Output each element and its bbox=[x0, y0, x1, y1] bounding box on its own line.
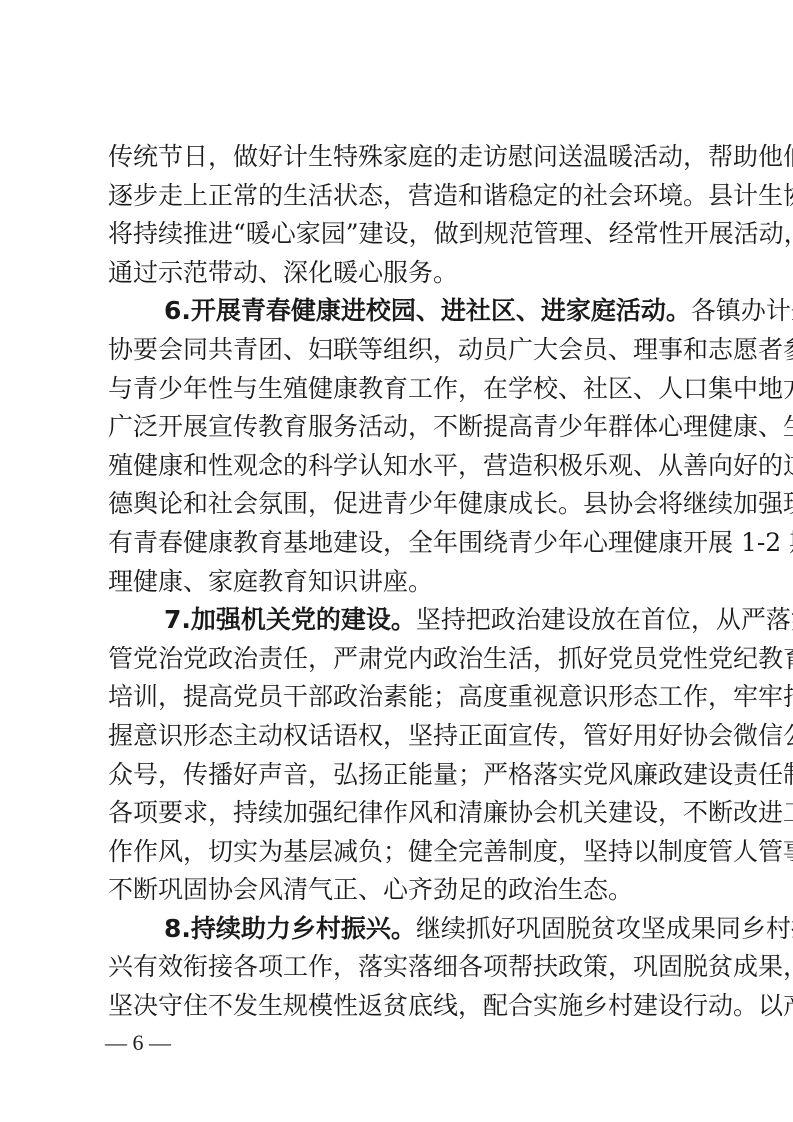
text-line: 各项要求，持续加强纪律作风和清廉协会机关建设，不断改进工 bbox=[108, 794, 692, 833]
document-page: 传统节日，做好计生特殊家庭的走访慰问送温暖活动，帮助他们 逐步走上正常的生活状态… bbox=[0, 0, 793, 1122]
section-heading: 7.加强机关党的建设。 bbox=[164, 605, 416, 634]
paragraph-continued: 传统节日，做好计生特殊家庭的走访慰问送温暖活动，帮助他们 逐步走上正常的生活状态… bbox=[108, 138, 692, 292]
text-line: 作作风，切实为基层减负；健全完善制度，坚持以制度管人管事， bbox=[108, 833, 692, 872]
text-line: 不断巩固协会风清气正、心齐劲足的政治生态。 bbox=[108, 871, 692, 910]
text-line: 众号，传播好声音，弘扬正能量；严格落实党风廉政建设责任制 bbox=[108, 756, 692, 795]
text-line: 管党治党政治责任，严肃党内政治生活，抓好党员党性党纪教育 bbox=[108, 640, 692, 679]
paragraph-first-line: 7.加强机关党的建设。坚持把政治建设放在首位，从严落实 bbox=[108, 601, 692, 640]
text-line: 兴有效衔接各项工作，落实落细各项帮扶政策，巩固脱贫成果， bbox=[108, 948, 692, 987]
paragraph-item-8: 8.持续助力乡村振兴。继续抓好巩固脱贫攻坚成果同乡村振 兴有效衔接各项工作，落实… bbox=[108, 910, 692, 1026]
text-run: 继续抓好巩固脱贫攻坚成果同乡村振 bbox=[416, 914, 793, 943]
paragraph-item-6: 6.开展青春健康进校园、进社区、进家庭活动。各镇办计生 协要会同共青团、妇联等组… bbox=[108, 292, 692, 601]
text-line: 握意识形态主动权话语权，坚持正面宣传，管好用好协会微信公 bbox=[108, 717, 692, 756]
text-line: 理健康、家庭教育知识讲座。 bbox=[108, 563, 692, 602]
section-heading: 6.开展青春健康进校园、进社区、进家庭活动。 bbox=[164, 296, 691, 325]
text-line: 将持续推进“暖心家园”建设，做到规范管理、经常性开展活动， bbox=[108, 215, 692, 254]
text-line: 传统节日，做好计生特殊家庭的走访慰问送温暖活动，帮助他们 bbox=[108, 138, 692, 177]
text-line: 协要会同共青团、妇联等组织，动员广大会员、理事和志愿者参 bbox=[108, 331, 692, 370]
paragraph-first-line: 8.持续助力乡村振兴。继续抓好巩固脱贫攻坚成果同乡村振 bbox=[108, 910, 692, 949]
text-line: 通过示范带动、深化暖心服务。 bbox=[108, 254, 692, 293]
text-line: 有青春健康教育基地建设，全年围绕青少年心理健康开展 1-2 期心 bbox=[108, 524, 692, 563]
text-line: 与青少年性与生殖健康教育工作，在学校、社区、人口集中地方 bbox=[108, 370, 692, 409]
paragraph-first-line: 6.开展青春健康进校园、进社区、进家庭活动。各镇办计生 bbox=[108, 292, 692, 331]
section-heading: 8.持续助力乡村振兴。 bbox=[164, 914, 416, 943]
text-line: 德舆论和社会氛围，促进青少年健康成长。县协会将继续加强现 bbox=[108, 485, 692, 524]
document-body: 传统节日，做好计生特殊家庭的走访慰问送温暖活动，帮助他们 逐步走上正常的生活状态… bbox=[108, 138, 692, 1026]
text-run: 各镇办计生 bbox=[691, 296, 793, 325]
page-number: — 6 — bbox=[105, 1030, 171, 1056]
text-line: 逐步走上正常的生活状态，营造和谐稳定的社会环境。县计生协 bbox=[108, 177, 692, 216]
text-line: 培训，提高党员干部政治素能；高度重视意识形态工作，牢牢把 bbox=[108, 678, 692, 717]
text-run: 坚持把政治建设放在首位，从严落实 bbox=[416, 605, 793, 634]
paragraph-item-7: 7.加强机关党的建设。坚持把政治建设放在首位，从严落实 管党治党政治责任，严肃党… bbox=[108, 601, 692, 910]
text-line: 殖健康和性观念的科学认知水平，营造积极乐观、从善向好的道 bbox=[108, 447, 692, 486]
text-line: 广泛开展宣传教育服务活动，不断提高青少年群体心理健康、生 bbox=[108, 408, 692, 447]
text-line: 坚决守住不发生规模性返贫底线，配合实施乡村建设行动。以产 bbox=[108, 987, 692, 1026]
